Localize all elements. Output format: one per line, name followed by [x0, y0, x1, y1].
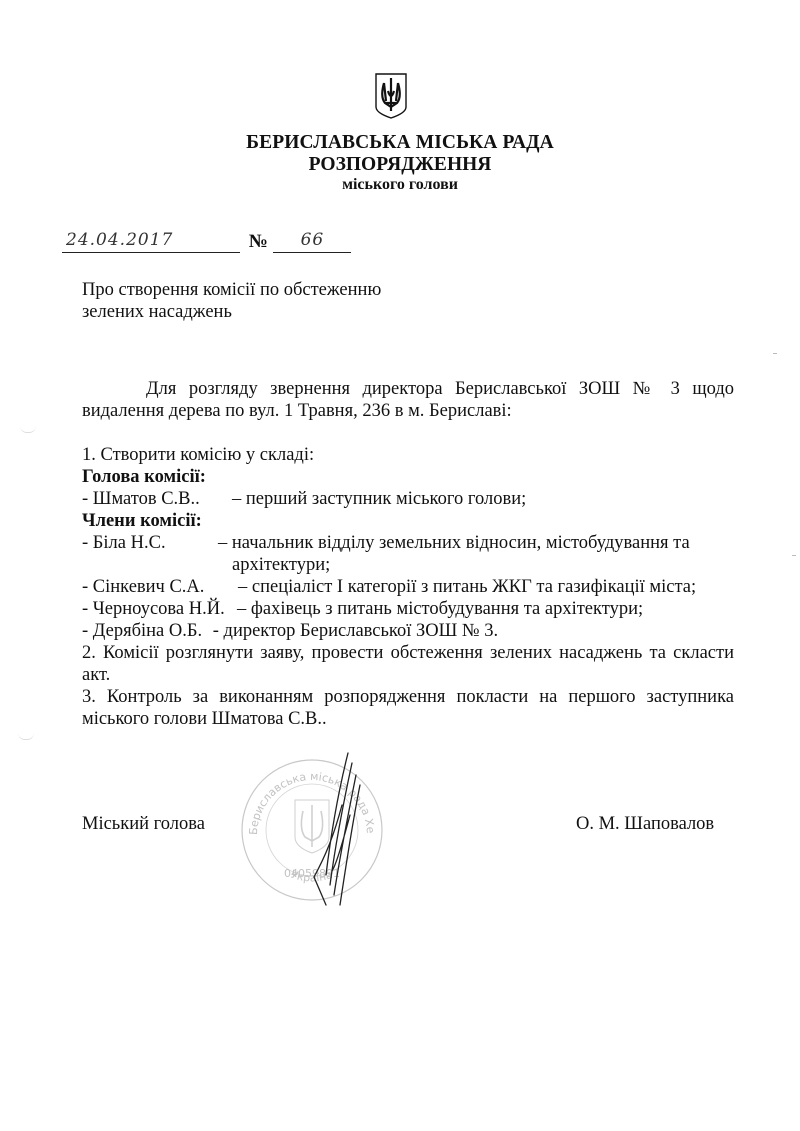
- chair-name: - Шматов С.В..: [82, 489, 200, 509]
- member-row: - Дерябіна О.Б. - директор Бериславської…: [82, 620, 734, 642]
- handwritten-number: 66: [301, 230, 325, 250]
- number-field: 66: [273, 230, 351, 253]
- member-name: - Сінкевич С.А.: [82, 577, 204, 597]
- member-name: - Черноусова Н.Й.: [82, 599, 225, 619]
- document-issuer: міського голови: [0, 176, 800, 194]
- item-2-line-2: акт.: [82, 664, 110, 686]
- subject-line-2: зелених насаджень: [82, 301, 232, 323]
- member-role: – начальник відділу земельних відносин, …: [218, 532, 690, 554]
- council-name: БЕРИСЛАВСЬКА МІСЬКА РАДА: [0, 132, 800, 154]
- handwritten-signature: [290, 745, 370, 915]
- preamble-line-2: видалення дерева по вул. 1 Травня, 236 в…: [82, 400, 512, 422]
- chair-role: – перший заступник міського голови;: [232, 488, 526, 510]
- member-role: - директор Бериславської ЗОШ № 3.: [213, 621, 498, 641]
- registration-line: 24.04.2017 № 66: [62, 230, 351, 253]
- item-3-line-1: 3. Контроль за виконанням розпорядження …: [82, 686, 734, 708]
- member-row: - Сінкевич С.А. – спеціаліст І категорії…: [82, 576, 734, 598]
- punch-hole-mark: [20, 426, 36, 433]
- punch-hole-mark: [18, 733, 34, 740]
- member-name: - Біла Н.С.: [82, 533, 166, 553]
- item-3-line-2: міського голови Шматова С.В..: [82, 708, 327, 730]
- member-role: – фахівець з питань містобудування та ар…: [237, 598, 643, 620]
- item-2-line-1: 2. Комісії розглянути заяву, провести об…: [82, 642, 734, 664]
- member-name: - Дерябіна О.Б.: [82, 621, 202, 641]
- subject-line-1: Про створення комісії по обстеженню: [82, 279, 381, 301]
- item-1: 1. Створити комісію у складі:: [82, 444, 314, 466]
- member-role-continuation: архітектури;: [232, 554, 330, 576]
- chair-heading: Голова комісії:: [82, 466, 206, 488]
- coat-of-arms-icon: [375, 73, 407, 119]
- date-field: 24.04.2017: [62, 230, 240, 253]
- member-row: - Черноусова Н.Й. – фахівець з питань мі…: [82, 598, 734, 620]
- chair-row: - Шматов С.В.. – перший заступник місько…: [82, 488, 734, 510]
- document-type: РОЗПОРЯДЖЕННЯ: [0, 154, 800, 176]
- preamble-line-1: Для розгляду звернення директора Берисла…: [146, 378, 734, 400]
- number-label: №: [249, 231, 268, 252]
- signatory-name: О. М. Шаповалов: [576, 813, 714, 835]
- scan-speck: [792, 555, 796, 556]
- scan-speck: [773, 353, 777, 354]
- member-row: - Біла Н.С. – начальник відділу земельни…: [82, 532, 734, 554]
- signatory-position: Міський голова: [82, 813, 205, 835]
- handwritten-date: 24.04.2017: [66, 230, 173, 250]
- members-heading: Члени комісії:: [82, 510, 202, 532]
- member-role: – спеціаліст І категорії з питань ЖКГ та…: [238, 576, 696, 598]
